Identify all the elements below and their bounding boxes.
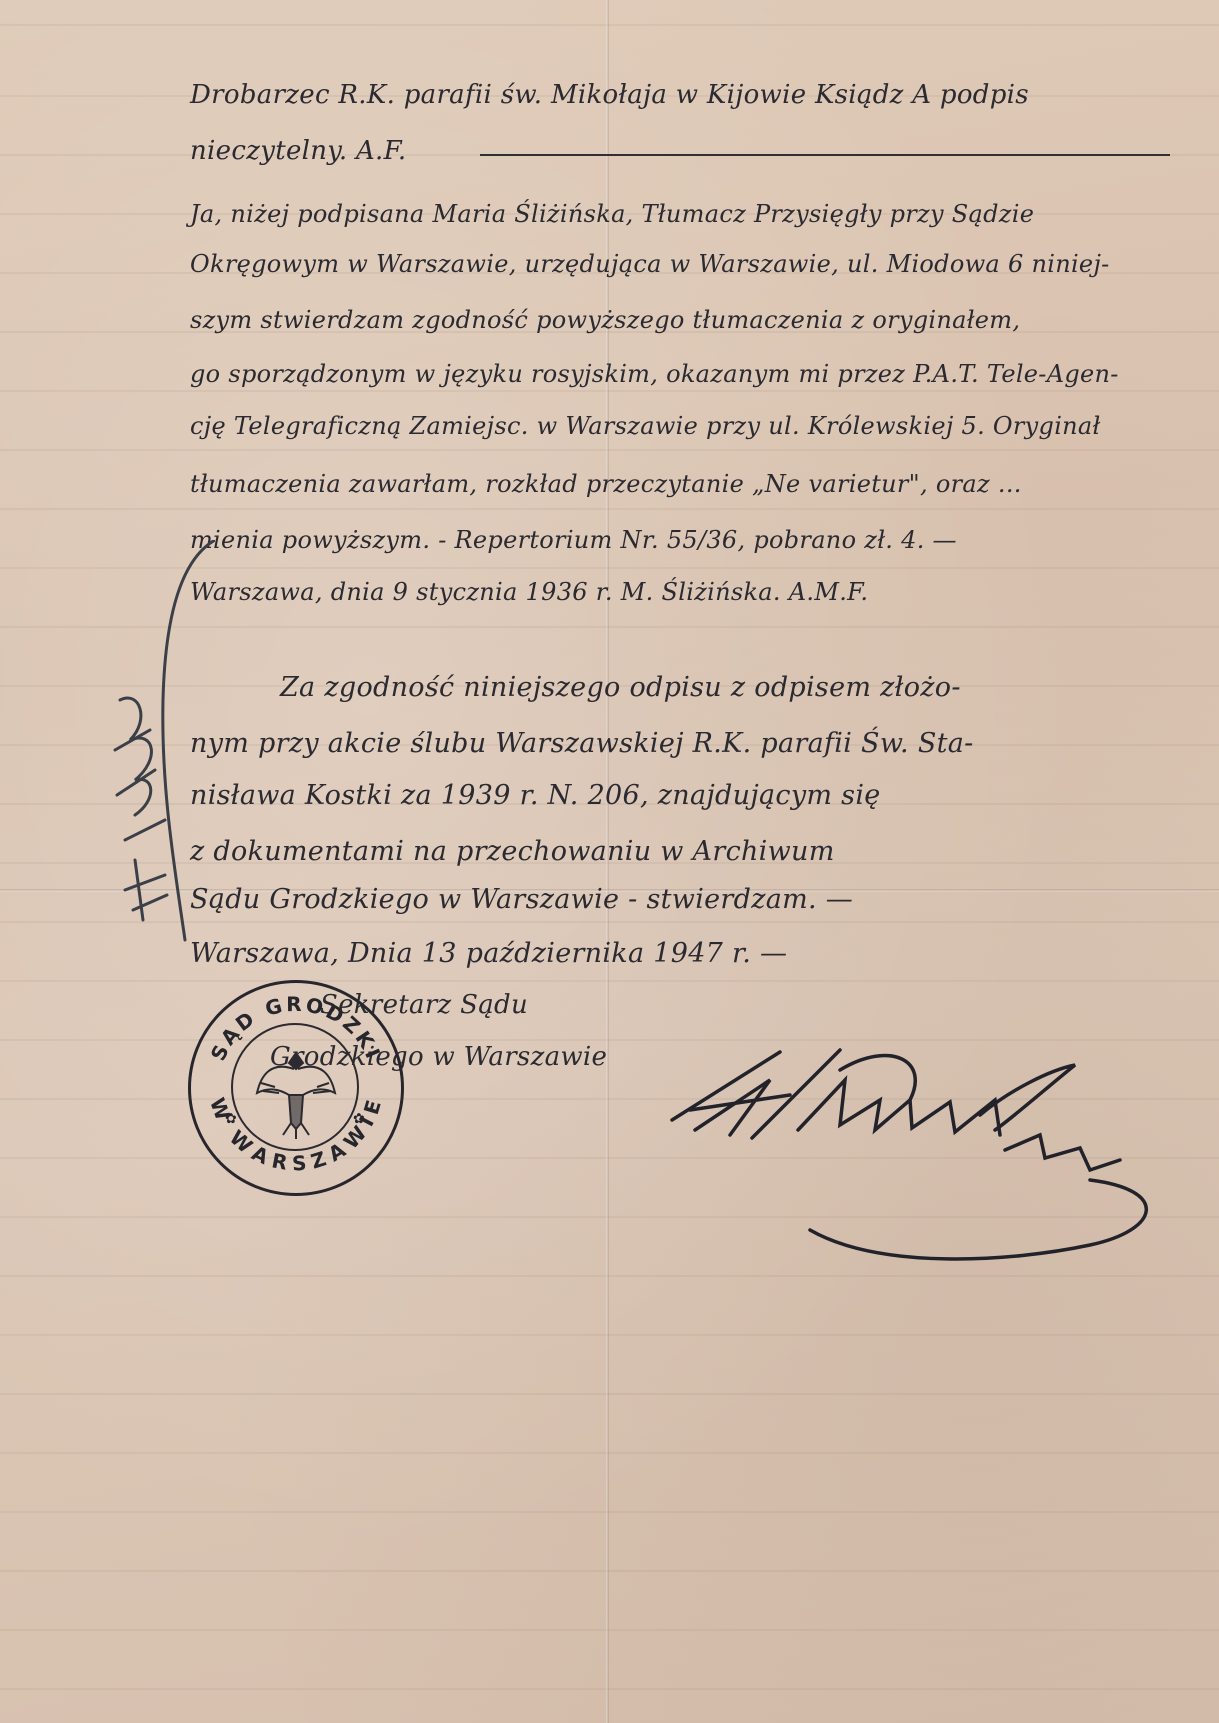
- text-line: Ja, niżej podpisana Maria Śliżińska, Tłu…: [190, 200, 1034, 228]
- text-line: szym stwierdzam zgodność powyższego tłum…: [190, 306, 1020, 334]
- signature-icon: [650, 1040, 1170, 1280]
- certification-line: z dokumentami na przechowaniu w Archiwum: [190, 836, 835, 867]
- certification-line: nym przy akcie ślubu Warszawskiej R.K. p…: [190, 728, 974, 759]
- certification-line: Za zgodność niniejszego odpisu z odpisem…: [280, 672, 961, 703]
- text-line: Drobarzec R.K. parafii św. Mikołaja w Ki…: [190, 80, 1029, 110]
- text-line: Warszawa, dnia 9 stycznia 1936 r. M. Śli…: [190, 578, 868, 606]
- stamp-inner-ring: [231, 1023, 359, 1151]
- text-line: cję Telegraficzną Zamiejsc. w Warszawie …: [190, 412, 1101, 440]
- certification-line: nisława Kostki za 1939 r. N. 206, znajdu…: [190, 780, 881, 811]
- svg-text:✿: ✿: [353, 1111, 365, 1127]
- certification-line: Sądu Grodzkiego w Warszawie - stwierdzam…: [190, 884, 853, 915]
- text-line: tłumaczenia zawarłam, rozkład przeczytan…: [190, 470, 1022, 498]
- text-line: nieczytelny. A.F.: [190, 136, 406, 166]
- margin-notation-icon: [95, 540, 215, 960]
- document-page: Drobarzec R.K. parafii św. Mikołaja w Ki…: [0, 0, 1219, 1723]
- text-line: Okręgowym w Warszawie, urzędująca w Wars…: [190, 250, 1110, 278]
- court-stamp: SĄD GRODZKI W WARSZAWIE ✿ ✿: [188, 980, 404, 1196]
- text-line: go sporządzonym w języku rosyjskim, okaz…: [190, 360, 1119, 388]
- certification-line: Warszawa, Dnia 13 października 1947 r. —: [190, 938, 787, 969]
- svg-text:✿: ✿: [225, 1111, 237, 1127]
- text-line: mienia powyższym. - Repertorium Nr. 55/3…: [190, 526, 957, 554]
- filler-line: [480, 154, 1170, 156]
